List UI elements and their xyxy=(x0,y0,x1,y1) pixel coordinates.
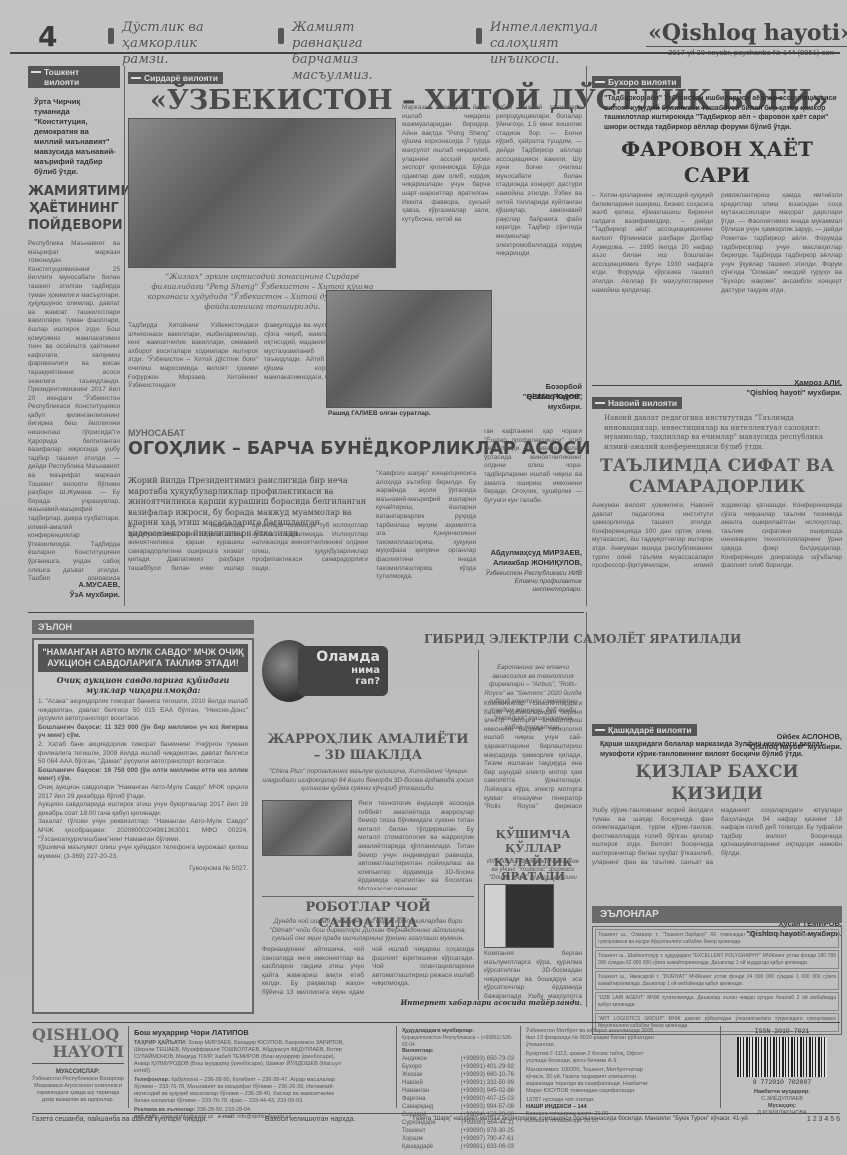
auction-ad-title: "НАМАНГАН АВТО МУЛК САВДО" МЧЖ ОЧИҚ АУКЦ… xyxy=(38,644,248,672)
classified-item: Тошкент ш., Олмазор т. "Тошкент-Зарбдор"… xyxy=(595,929,839,948)
region-phone: (+99893) 650-73-03 xyxy=(461,1055,514,1063)
region-phone: (+99891) 332-50-99 xyxy=(461,1079,514,1087)
hybrid-body: Компаниялар самолётлардаги баъзи турбина… xyxy=(484,700,582,810)
right-top-body-1: – Хотин-қизларнинг иқтисодий-ҳуқуқий бил… xyxy=(592,192,713,378)
main-article-body-4: ўзбек миллий тавмалари репродукциялари, … xyxy=(496,104,582,380)
region-phone: (+99890) 407-15-03 xyxy=(461,1095,514,1103)
page-number: 4 xyxy=(38,20,57,53)
right-bottom-lead: Қарши шаҳридаги болалар марказида Зулфия… xyxy=(600,740,842,759)
rubric-bukhara: Бухоро вилояти xyxy=(592,76,681,88)
editorial-board: Бош муҳаррир Чори ЛАТИПОВ ТАҲРИР ҲАЙЪАТИ… xyxy=(134,1028,344,1121)
auction-item: 2. Хатаб банк акциядорлик тижорат банкин… xyxy=(38,741,248,767)
olamda-logo-line3: гап? xyxy=(306,676,380,687)
region-row: Бухоро(+99891) 401-29-92 xyxy=(402,1063,514,1071)
region-name: Наманган xyxy=(402,1087,429,1095)
munosabat-byline: Абдулмаҳсуд МИРЗАЕВ, xyxy=(484,548,582,558)
publication-index: НАШР ИНДЕКСИ – 144 xyxy=(526,1104,658,1111)
duty-editor: С.ЗИЁДУЛЛАЕВ xyxy=(726,1096,838,1103)
page-numbers: 1 2 3 4 5 6 xyxy=(807,1116,840,1123)
auction-ad-number: Гувоҳнома № 5027. xyxy=(38,865,248,874)
region-row: Самарқанд(+99893) 994-57-08 xyxy=(402,1103,514,1111)
regions-label: Вилоятлар: xyxy=(402,1048,514,1055)
auction-ad: "НАМАНГАН АВТО МУЛК САВДО" МЧЖ ОЧИҚ АУКЦ… xyxy=(32,638,254,1014)
region-row: Тошкент(+99890) 978-30-25 xyxy=(402,1127,514,1135)
rubric-tashkent: Тошкент вилояти xyxy=(28,66,120,88)
region-name: Андижон xyxy=(402,1055,427,1063)
designer-label: Мусаҳҳиҳ: xyxy=(726,1103,838,1110)
founders-text: Ўзбекистон Республикаси Вазирлар Маҳкама… xyxy=(32,1076,124,1104)
olamda-source: Интернет хабарлари асосида тайёрланди. xyxy=(400,998,582,1007)
right-top-lead: "Тадбиркор аёл" Ўзбекистон ишбилармон аё… xyxy=(604,94,842,132)
right-top-body-2: ривожлантириш ҳамда имтиёзли кредитлар о… xyxy=(721,192,842,378)
divider xyxy=(28,612,584,613)
region-name: Бухоро xyxy=(402,1063,422,1071)
regional-correspondents: Ҳудудлардаги мухбирлар: Қорақалпоғистон … xyxy=(402,1028,514,1151)
left-article-body: Республика Маънавият ва маърифат маркази… xyxy=(28,240,120,580)
region-row: Хоразм(+99897) 790-47-61 xyxy=(402,1135,514,1143)
left-article-byline: А.МУСАЕВ, xyxy=(28,580,120,590)
right-mid-article: Навоий вилояти Навоий давлат педагогика … xyxy=(592,391,842,752)
region-row: Андижон(+99893) 650-73-03 xyxy=(402,1055,514,1063)
olamda-logo-line1: Оламда xyxy=(306,650,380,665)
issn: ISSN 2010-7021 xyxy=(726,1028,838,1035)
phones-label: Телефонлар: xyxy=(134,1077,170,1083)
right-mid-title: ТАЪЛИМДА СИФАТ ВА САМАРАДОРЛИК xyxy=(592,456,842,498)
footer-logo-line1: QISHLOQ xyxy=(32,1026,124,1043)
olamda-logo: Оламда нима гап? xyxy=(262,640,462,718)
region-name: Тошкент xyxy=(402,1127,425,1135)
munosabat-byline-2: Алиакбар ЖОНИҚУЛОВ, xyxy=(484,558,582,568)
region-name: Қашқадарё xyxy=(402,1143,433,1151)
slogan-1: Дўстлик ва ҳамкорлик рамзи. xyxy=(108,20,218,68)
munosabat-body-1: Бу, ўз навбатида, ҳуқуқбузарликларнинг о… xyxy=(128,522,368,606)
right-mid-lead: Навоий давлат педагогика институтида "Та… xyxy=(604,414,842,452)
main-article-body-1: Тадбирда Хитойнинг Ўзбекистондаги элчихо… xyxy=(128,322,258,410)
region-phone: (+99891) 633-06-03 xyxy=(461,1143,514,1151)
munosabat-byline-role: Ўзбекистон Республикаси ИИВ Етакчи профи… xyxy=(484,570,582,594)
slogan-3: Интеллектуал салоҳият инъикоси. xyxy=(476,20,606,68)
footer-logo-block: QISHLOQ HAYOTI МУАССИСЛАР: Ўзбекистон Ре… xyxy=(32,1026,124,1104)
barcode-icon xyxy=(737,1037,827,1077)
region-name: Самарқанд xyxy=(402,1103,433,1111)
column-divider xyxy=(478,650,479,1000)
region-phone: (+99897) 790-47-61 xyxy=(461,1135,514,1143)
column-divider xyxy=(124,66,125,606)
registration: Ўзбекистон Матбуот ва ахборот агентлигид… xyxy=(526,1028,658,1049)
price-note: Бахоси келишилган нархда. xyxy=(265,1116,356,1123)
footer-logo-line2: HAYOTI xyxy=(32,1043,124,1064)
column-divider xyxy=(586,66,587,606)
classified-item: Тошкент ш., Шайхонтоҳур т. ҳудудидаги "E… xyxy=(595,950,839,969)
surgery-lead: "China Plus" порталининг маълум қилишича… xyxy=(262,768,474,794)
founders-label: МУАССИСЛАР: xyxy=(32,1068,124,1076)
rubric-kashkadarya: Қашқадарё вилояти xyxy=(592,724,697,736)
region-row: Фарғона(+99890) 407-15-03 xyxy=(402,1095,514,1103)
munosabat-body-2: "Хавфсиз шаҳар" концепциясига алоҳида эъ… xyxy=(376,470,476,606)
column-divider xyxy=(396,1026,397,1108)
left-article-byline-role: ЎзА мухбири. xyxy=(28,590,120,600)
region-phone: (+99893) 994-57-08 xyxy=(461,1103,514,1111)
issue-line: 2017-yil 30-noyabr, payshanba № 144 (885… xyxy=(646,48,847,57)
elonlar-section: ЭЪЛОНЛАР Тошкент ш., Олмазор т. "Тошкент… xyxy=(592,906,842,1035)
auction-item: Очиқ аукцион савдолари "Наманган Авто-Му… xyxy=(38,784,248,801)
duty-editor-label: Навбатчи муҳаррир: xyxy=(726,1089,838,1096)
column-divider xyxy=(720,1026,721,1108)
region-row: Қашқадарё(+99891) 633-06-03 xyxy=(402,1143,514,1151)
region-phone: (+99890) 978-30-25 xyxy=(461,1127,514,1135)
photo-robotic-hands xyxy=(484,884,554,948)
region-name: Хоразм xyxy=(402,1135,423,1143)
robot-lead: Дунёда чой ишлаб чиқарувчи энг йирик ком… xyxy=(262,918,474,944)
regions-list: Андижон(+99893) 650-73-03Бухоро(+99891) … xyxy=(402,1055,514,1151)
auction-item: Қўшимча маълумот олиш учун қуйидаги теле… xyxy=(38,844,248,861)
surgery-title: ЖАРРОҲЛИК АМАЛИЁТИ – 3D ШАКЛДА xyxy=(262,732,474,764)
region-phone: (+99891) 401-29-92 xyxy=(461,1063,514,1071)
footer-divider xyxy=(32,1022,840,1023)
publication-days: Газета сешанба, пайшанба ва шанба кунлар… xyxy=(32,1116,207,1123)
masthead: 4 Дўстлик ва ҳамкорлик рамзи. Жамият рав… xyxy=(10,8,840,54)
rubric-sirdaryo: Сирдарё вилояти xyxy=(128,72,223,84)
right-top-title: ФАРОВОН ҲАЁТ САРИ xyxy=(592,136,842,188)
imprint-details: Ўзбекистон Матбуот ва ахборот агентлигид… xyxy=(526,1028,658,1125)
olamda-logo-line2: нима xyxy=(306,665,380,676)
order-info: Буюртма Г-1113, ҳажми 2 босма табоқ, Офс… xyxy=(526,1051,658,1065)
left-article: Тошкент вилояти Ўрта Чирчиқ туманида "Ко… xyxy=(28,66,120,600)
classified-item: Тошкент ш., Яккасарой т. "DURIYAT" МЧЖни… xyxy=(595,971,839,990)
munosabat-body-3: ган кафтанинг ҳар чораги "Ёшлар профилак… xyxy=(484,428,582,546)
elon-section: ЭЪЛОН "НАМАНГАН АВТО МУЛК САВДО" МЧЖ ОЧИ… xyxy=(32,620,254,1014)
column-divider xyxy=(128,1026,129,1108)
correspondents-label: Ҳудудлардаги мухбирлар: xyxy=(402,1028,514,1035)
correspondents-head: Қорақалпоғистон Республикаси – (+99861) … xyxy=(402,1035,514,1048)
newspaper-brand: «Qishloq hayoti» xyxy=(646,20,847,47)
right-bottom-body: Ушбу кўрик-танловнинг жорий йилдаги тума… xyxy=(592,807,842,919)
region-name: Навоий xyxy=(402,1079,423,1087)
editor-in-chief: Бош муҳаррир Чори ЛАТИПОВ xyxy=(134,1028,344,1037)
region-name: Фарғона xyxy=(402,1095,425,1103)
main-article-body-3: Марказий Осиёдаги йирик ишлаб чиқариш ма… xyxy=(402,104,490,288)
hands-body: Компания берган маълумотларга кўра, қури… xyxy=(484,950,582,1000)
column-divider xyxy=(586,612,587,1007)
right-top-article: Бухоро вилояти "Тадбиркор аёл" Ўзбекисто… xyxy=(592,70,842,398)
printing-house: Газета "Шарқ" нашриёт-матбаа акциядорлик… xyxy=(413,1116,749,1123)
footer-bottom-line: Газета сешанба, пайшанба ва шанба кунлар… xyxy=(32,1113,840,1123)
auction-item: 1. "Асака" акциядорлик тижорат банкига т… xyxy=(38,698,248,724)
left-article-title: ЖАМИЯТИМИЗ ҲАЁТИНИНГ ПОЙДЕВОРИ xyxy=(28,183,120,234)
photo-park-gate xyxy=(128,118,396,268)
right-bottom-title: ҚИЗЛАР БАХСИ ҚИЗИДИ xyxy=(592,761,842,805)
region-phone: (+99893) 660-10-76 xyxy=(461,1071,514,1079)
auction-ad-subtitle: Очиқ аукцион савдоларига қуйидаги мулкла… xyxy=(38,675,248,695)
elonlar-section-label: ЭЪЛОНЛАР xyxy=(592,906,842,923)
main-article-byline-role: "Qishloq hayoti" мухбири. xyxy=(496,392,582,412)
auction-item: Бошланғич баҳоси: 11 323 000 (ўн бир мил… xyxy=(38,724,248,741)
right-mid-body: Анжуман вилоят ҳокимлиги, Навоий давлат … xyxy=(592,502,842,732)
left-article-lead: Ўрта Чирчиқ туманида "Конституция, демок… xyxy=(34,97,116,177)
barcode-block: ISSN 2010-7021 9 772010 702007 Навбатчи … xyxy=(726,1028,838,1117)
barcode-number: 9 772010 702007 xyxy=(726,1079,838,1086)
address: Манзилимиз: 100000, Тошкент, Матбуотчила… xyxy=(526,1067,658,1095)
divider xyxy=(262,896,474,897)
region-row: Жиззах(+99893) 660-10-76 xyxy=(402,1071,514,1079)
photo-children-park xyxy=(326,290,492,408)
column-divider xyxy=(520,1026,521,1108)
surgery-body: Янги технологик ёндашув асосида тиббиёт … xyxy=(262,800,474,890)
photo-credit: Рашид ГАЛИЕВ олган суратлар. xyxy=(328,410,431,417)
hybrid-title: ГИБРИД ЭЛЕКТРЛИ САМОЛЁТ ЯРАТИЛАДИ xyxy=(424,632,644,647)
region-row: Наманган(+99893) 945-02-88 xyxy=(402,1087,514,1095)
newspaper-page: 4 Дўстлик ва ҳамкорлик рамзи. Жамият рав… xyxy=(0,0,847,1155)
auction-item: Аукцион савдоларида иштирок этиш учун бу… xyxy=(38,801,248,818)
rubric-navoi: Навоий вилояти xyxy=(592,397,682,409)
divider xyxy=(592,385,842,386)
auction-item: Закалат тўлови учун реквизитлар: "Наманг… xyxy=(38,818,248,844)
classified-item: "UZB LARI AGENT" МЧЖ тугатилмоқда. Даъво… xyxy=(595,992,839,1011)
region-name: Жиззах xyxy=(402,1071,423,1079)
region-row: Навоий(+99891) 332-50-99 xyxy=(402,1079,514,1087)
right-top-byline: Ҳамроз АЛИ, xyxy=(592,378,842,388)
elon-section-label: ЭЪЛОН xyxy=(32,620,254,634)
auction-item: Бошланғич баҳоси: 16 750 000 (ўн олти ми… xyxy=(38,767,248,784)
circulation: 13787 нусхада чоп этилди. xyxy=(526,1097,658,1104)
region-phone: (+99893) 945-02-88 xyxy=(461,1087,514,1095)
board-label: ТАҲРИР ҲАЙЪАТИ: xyxy=(134,1040,187,1046)
hands-lead: Италиялик Федерико Чиккарезе ва унинг "Y… xyxy=(484,858,582,882)
